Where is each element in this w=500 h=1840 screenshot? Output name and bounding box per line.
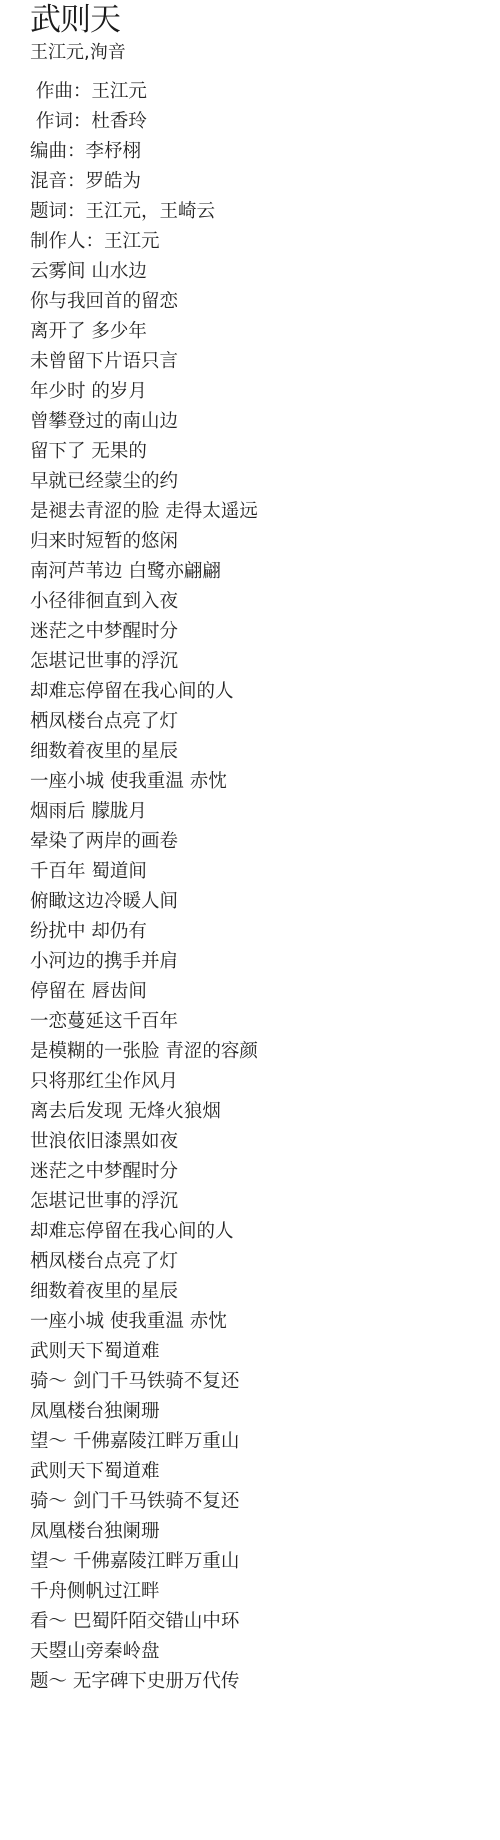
lyric-line: 曾攀登过的南山边	[30, 407, 258, 437]
lyric-line: 迷茫之中梦醒时分	[30, 1157, 258, 1187]
lyric-line: 是褪去青涩的脸 走得太遥远	[30, 497, 258, 527]
lyric-line: 南河芦苇边 白鹭亦翩翩	[30, 557, 258, 587]
lyric-line: 离开了 多少年	[30, 317, 258, 347]
lyric-line: 编曲：李杼栩	[30, 137, 258, 167]
lyric-line: 是模糊的一张脸 青涩的容颜	[30, 1037, 258, 1067]
lyric-line: 停留在 唇齿间	[30, 977, 258, 1007]
lyric-line: 却难忘停留在我心间的人	[30, 677, 258, 707]
lyric-line: 细数着夜里的星辰	[30, 1277, 258, 1307]
lyric-line: 怎堪记世事的浮沉	[30, 647, 258, 677]
lyric-line: 混音：罗皓为	[30, 167, 258, 197]
lyric-line: 年少时 的岁月	[30, 377, 258, 407]
song-title: 武则天	[30, 0, 490, 40]
lyric-line: 小径徘徊直到入夜	[30, 587, 258, 617]
lyric-line: 作词：杜香玲	[30, 107, 258, 137]
lyric-line: 迷茫之中梦醒时分	[30, 617, 258, 647]
lyric-line: 一座小城 使我重温 赤忱	[30, 1307, 258, 1337]
lyric-line: 只将那红尘作风月	[30, 1067, 258, 1097]
lyrics-list: 作曲：王江元 作词：杜香玲 编曲：李杼栩 混音：罗皓为 题词：王江元，王崎云 制…	[30, 77, 258, 1697]
lyric-line: 凤凰楼台独阑珊	[30, 1517, 258, 1547]
lyric-line: 未曾留下片语只言	[30, 347, 258, 377]
lyric-line: 早就已经蒙尘的约	[30, 467, 258, 497]
lyric-line: 世浪依旧漆黑如夜	[30, 1127, 258, 1157]
lyric-line: 制作人：王江元	[30, 227, 258, 257]
lyric-line: 栖凤楼台点亮了灯	[30, 707, 258, 737]
song-artist: 王江元,洵音	[30, 41, 490, 65]
lyric-line: 纷扰中 却仍有	[30, 917, 258, 947]
lyric-line: 千舟侧帆过江畔	[30, 1577, 258, 1607]
lyric-line: 栖凤楼台点亮了灯	[30, 1247, 258, 1277]
lyric-line: 离去后发现 无烽火狼烟	[30, 1097, 258, 1127]
lyric-line: 烟雨后 朦胧月	[30, 797, 258, 827]
lyric-line: 天曌山旁秦岭盘	[30, 1637, 258, 1667]
lyric-line: 凤凰楼台独阑珊	[30, 1397, 258, 1427]
lyric-line: 望～ 千佛嘉陵江畔万重山	[30, 1427, 258, 1457]
lyric-line: 一座小城 使我重温 赤忱	[30, 767, 258, 797]
lyric-line: 细数着夜里的星辰	[30, 737, 258, 767]
lyric-line: 小河边的携手并肩	[30, 947, 258, 977]
lyric-line: 望～ 千佛嘉陵江畔万重山	[30, 1547, 258, 1577]
lyric-line: 留下了 无果的	[30, 437, 258, 467]
lyric-line: 题～ 无字碑下史册万代传	[30, 1667, 258, 1697]
lyric-line: 归来时短暂的悠闲	[30, 527, 258, 557]
lyric-line: 一恋蔓延这千百年	[30, 1007, 258, 1037]
lyric-line: 武则天下蜀道难	[30, 1337, 258, 1367]
lyric-line: 骑～ 剑门千马铁骑不复还	[30, 1367, 258, 1397]
lyrics-page: 武则天 王江元,洵音 作曲：王江元 作词：杜香玲 编曲：李杼栩 混音：罗皓为 题…	[30, 0, 490, 65]
lyric-line: 怎堪记世事的浮沉	[30, 1187, 258, 1217]
lyric-line: 题词：王江元，王崎云	[30, 197, 258, 227]
lyric-line: 俯瞰这边冷暖人间	[30, 887, 258, 917]
lyric-line: 却难忘停留在我心间的人	[30, 1217, 258, 1247]
lyric-line: 晕染了两岸的画卷	[30, 827, 258, 857]
lyric-line: 武则天下蜀道难	[30, 1457, 258, 1487]
lyric-line: 云雾间 山水边	[30, 257, 258, 287]
lyric-line: 千百年 蜀道间	[30, 857, 258, 887]
lyric-line: 作曲：王江元	[30, 77, 258, 107]
lyric-line: 你与我回首的留恋	[30, 287, 258, 317]
lyric-line: 骑～ 剑门千马铁骑不复还	[30, 1487, 258, 1517]
lyric-line: 看～ 巴蜀阡陌交错山中环	[30, 1607, 258, 1637]
